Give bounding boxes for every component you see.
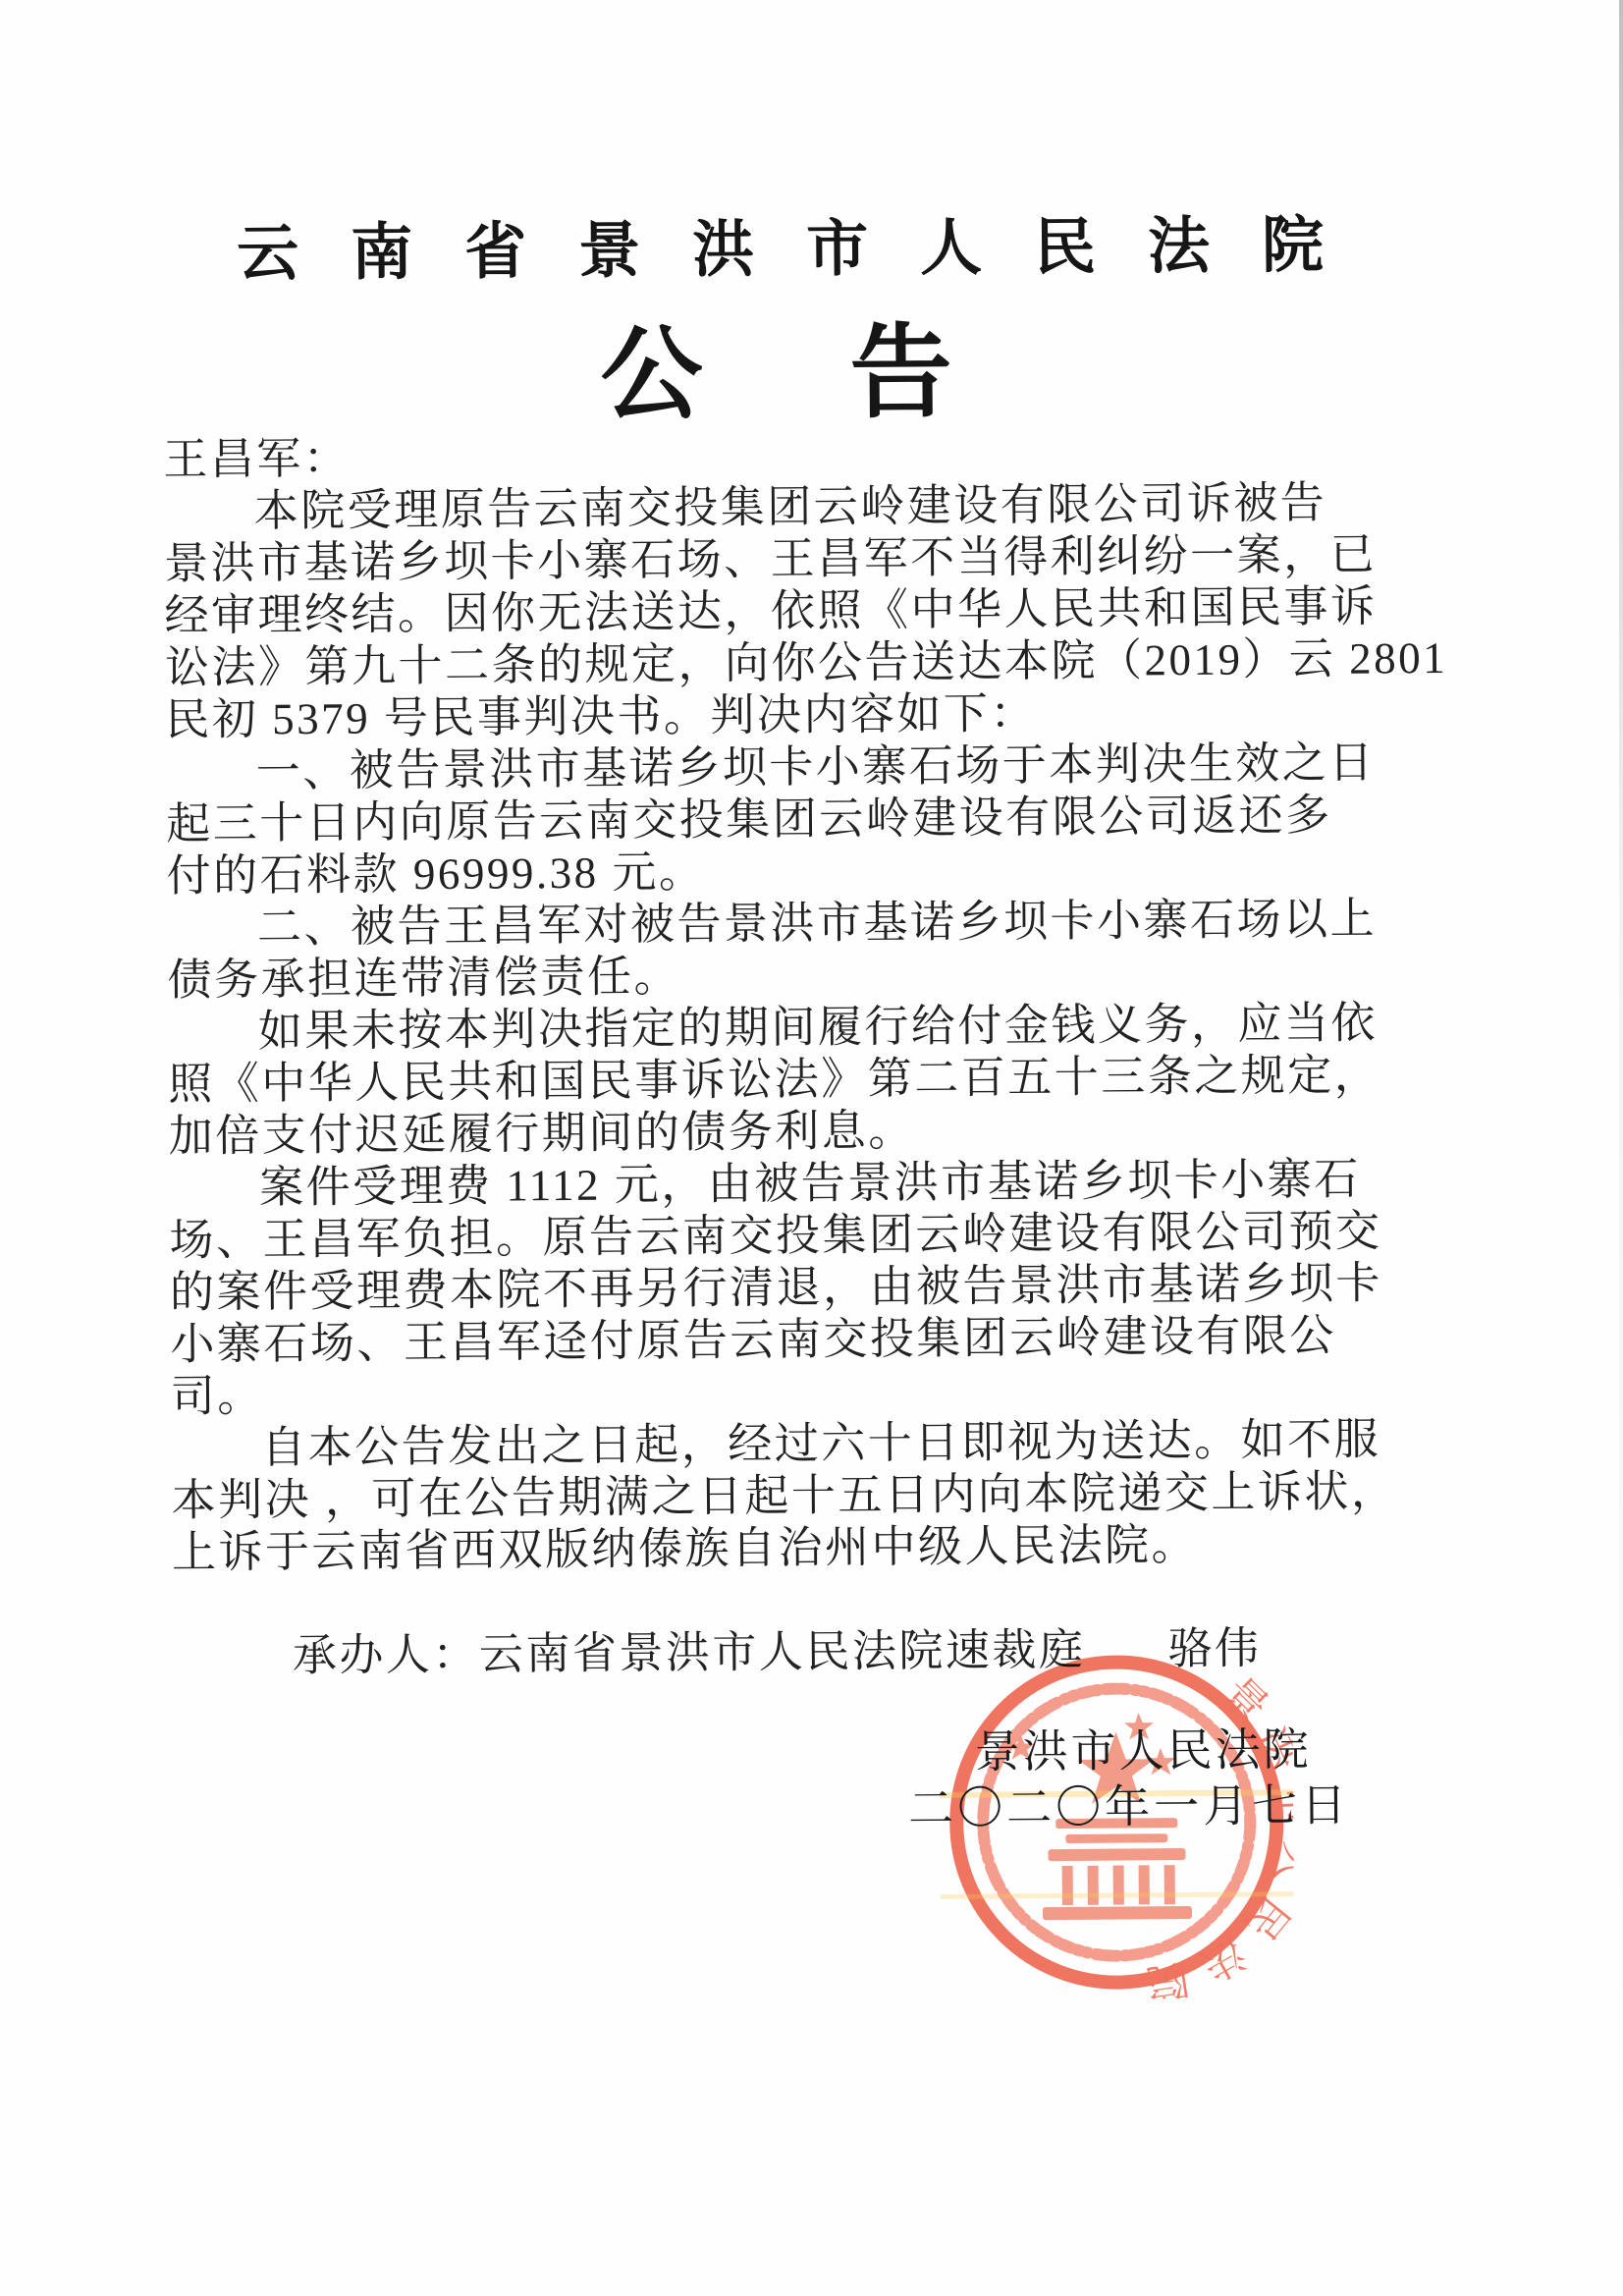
- body-line: 民初 5379 号民事判决书。判决内容如下：: [165, 684, 1392, 746]
- notice-body: 王昌军： 本院受理原告云南交投集团云岭建设有限公司诉被告 景洪市基诺乡坝卡小寨石…: [163, 424, 1400, 1683]
- body-line: 本院受理原告云南交投集团云岭建设有限公司诉被告: [164, 476, 1391, 538]
- court-title: 云南省景洪市人民法院: [0, 193, 1566, 296]
- paragraph-4: 如果未按本判决指定的期间履行给付金钱义务，应当依 照《中华人民共和国民事诉讼法》…: [168, 997, 1396, 1163]
- paragraph-3: 二、被告王昌军对被告景洪市基诺乡坝卡小寨石场以上 债务承担连带清偿责任。: [167, 893, 1395, 1007]
- recipient-line: 王昌军：: [163, 424, 1390, 486]
- body-line: 债务承担连带清偿责任。: [167, 945, 1394, 1007]
- body-line: 的案件受理费本院不再另行清退，由被告景洪市基诺乡坝卡: [170, 1257, 1397, 1319]
- body-line: 二、被告王昌军对被告景洪市基诺乡坝卡小寨石场以上: [167, 893, 1394, 955]
- body-line: 照《中华人民共和国民事诉讼法》第二百五十三条之规定，: [168, 1049, 1395, 1111]
- paragraph-1: 本院受理原告云南交投集团云岭建设有限公司诉被告 景洪市基诺乡坝卡小寨石场、王昌军…: [164, 476, 1393, 746]
- paragraph-2: 一、被告景洪市基诺乡坝卡小寨石场于本判决生效之日 起三十日内向原告云南交投集团云…: [166, 737, 1394, 902]
- body-line: 起三十日内向原告云南交投集团云岭建设有限公司返还多: [166, 789, 1393, 850]
- body-line: 讼法》第九十二条的规定，向你公告送达本院（2019）云 2801: [165, 632, 1392, 694]
- body-line: 自本公告发出之日起，经过六十日即视为送达。如不服: [171, 1413, 1398, 1475]
- signature-date: 二〇二〇年一月七日: [908, 1770, 1351, 1838]
- paragraph-5: 案件受理费 1112 元，由被告景洪市基诺乡坝卡小寨石 场、王昌军负担。原告云南…: [169, 1153, 1398, 1423]
- body-line: 加倍支付迟延履行期间的债务利息。: [169, 1101, 1396, 1163]
- body-line: 案件受理费 1112 元，由被告景洪市基诺乡坝卡小寨石: [169, 1153, 1396, 1215]
- body-line: 一、被告景洪市基诺乡坝卡小寨石场于本判决生效之日: [166, 737, 1393, 798]
- body-line: 上诉于云南省西双版纳傣族自治州中级人民法院。: [172, 1517, 1399, 1579]
- body-line: 场、王昌军负担。原告云南交投集团云岭建设有限公司预交: [169, 1205, 1396, 1267]
- handler-label: 承办人：: [293, 1630, 479, 1680]
- body-line: 如果未按本判决指定的期间履行给付金钱义务，应当依: [168, 997, 1395, 1059]
- scanner-edge-artifact: [1619, 0, 1623, 2296]
- paragraph-6: 自本公告发出之日起，经过六十日即视为送达。如不服 本判决 ，可在公告期满之日起十…: [171, 1413, 1399, 1579]
- body-line: 经审理终结。因你无法送达，依照《中华人民共和国民事诉: [164, 580, 1391, 642]
- announcement-page: 云南省景洪市人民法院 公告 王昌军： 本院受理原告云南交投集团云岭建设有限公司诉…: [0, 0, 1623, 2296]
- body-line: 本判决 ，可在公告期满之日起十五日内向本院递交上诉状，: [171, 1465, 1398, 1527]
- body-line: 小寨石场、王昌军迳付原告云南交投集团云岭建设有限公: [170, 1309, 1397, 1371]
- body-line: 司。: [171, 1361, 1398, 1423]
- body-line: 付的石料款 96999.38 元。: [166, 841, 1393, 902]
- notice-title: 公告: [0, 285, 1557, 444]
- body-line: 景洪市基诺乡坝卡小寨石场、王昌军不当得利纠纷一案，已: [164, 528, 1391, 590]
